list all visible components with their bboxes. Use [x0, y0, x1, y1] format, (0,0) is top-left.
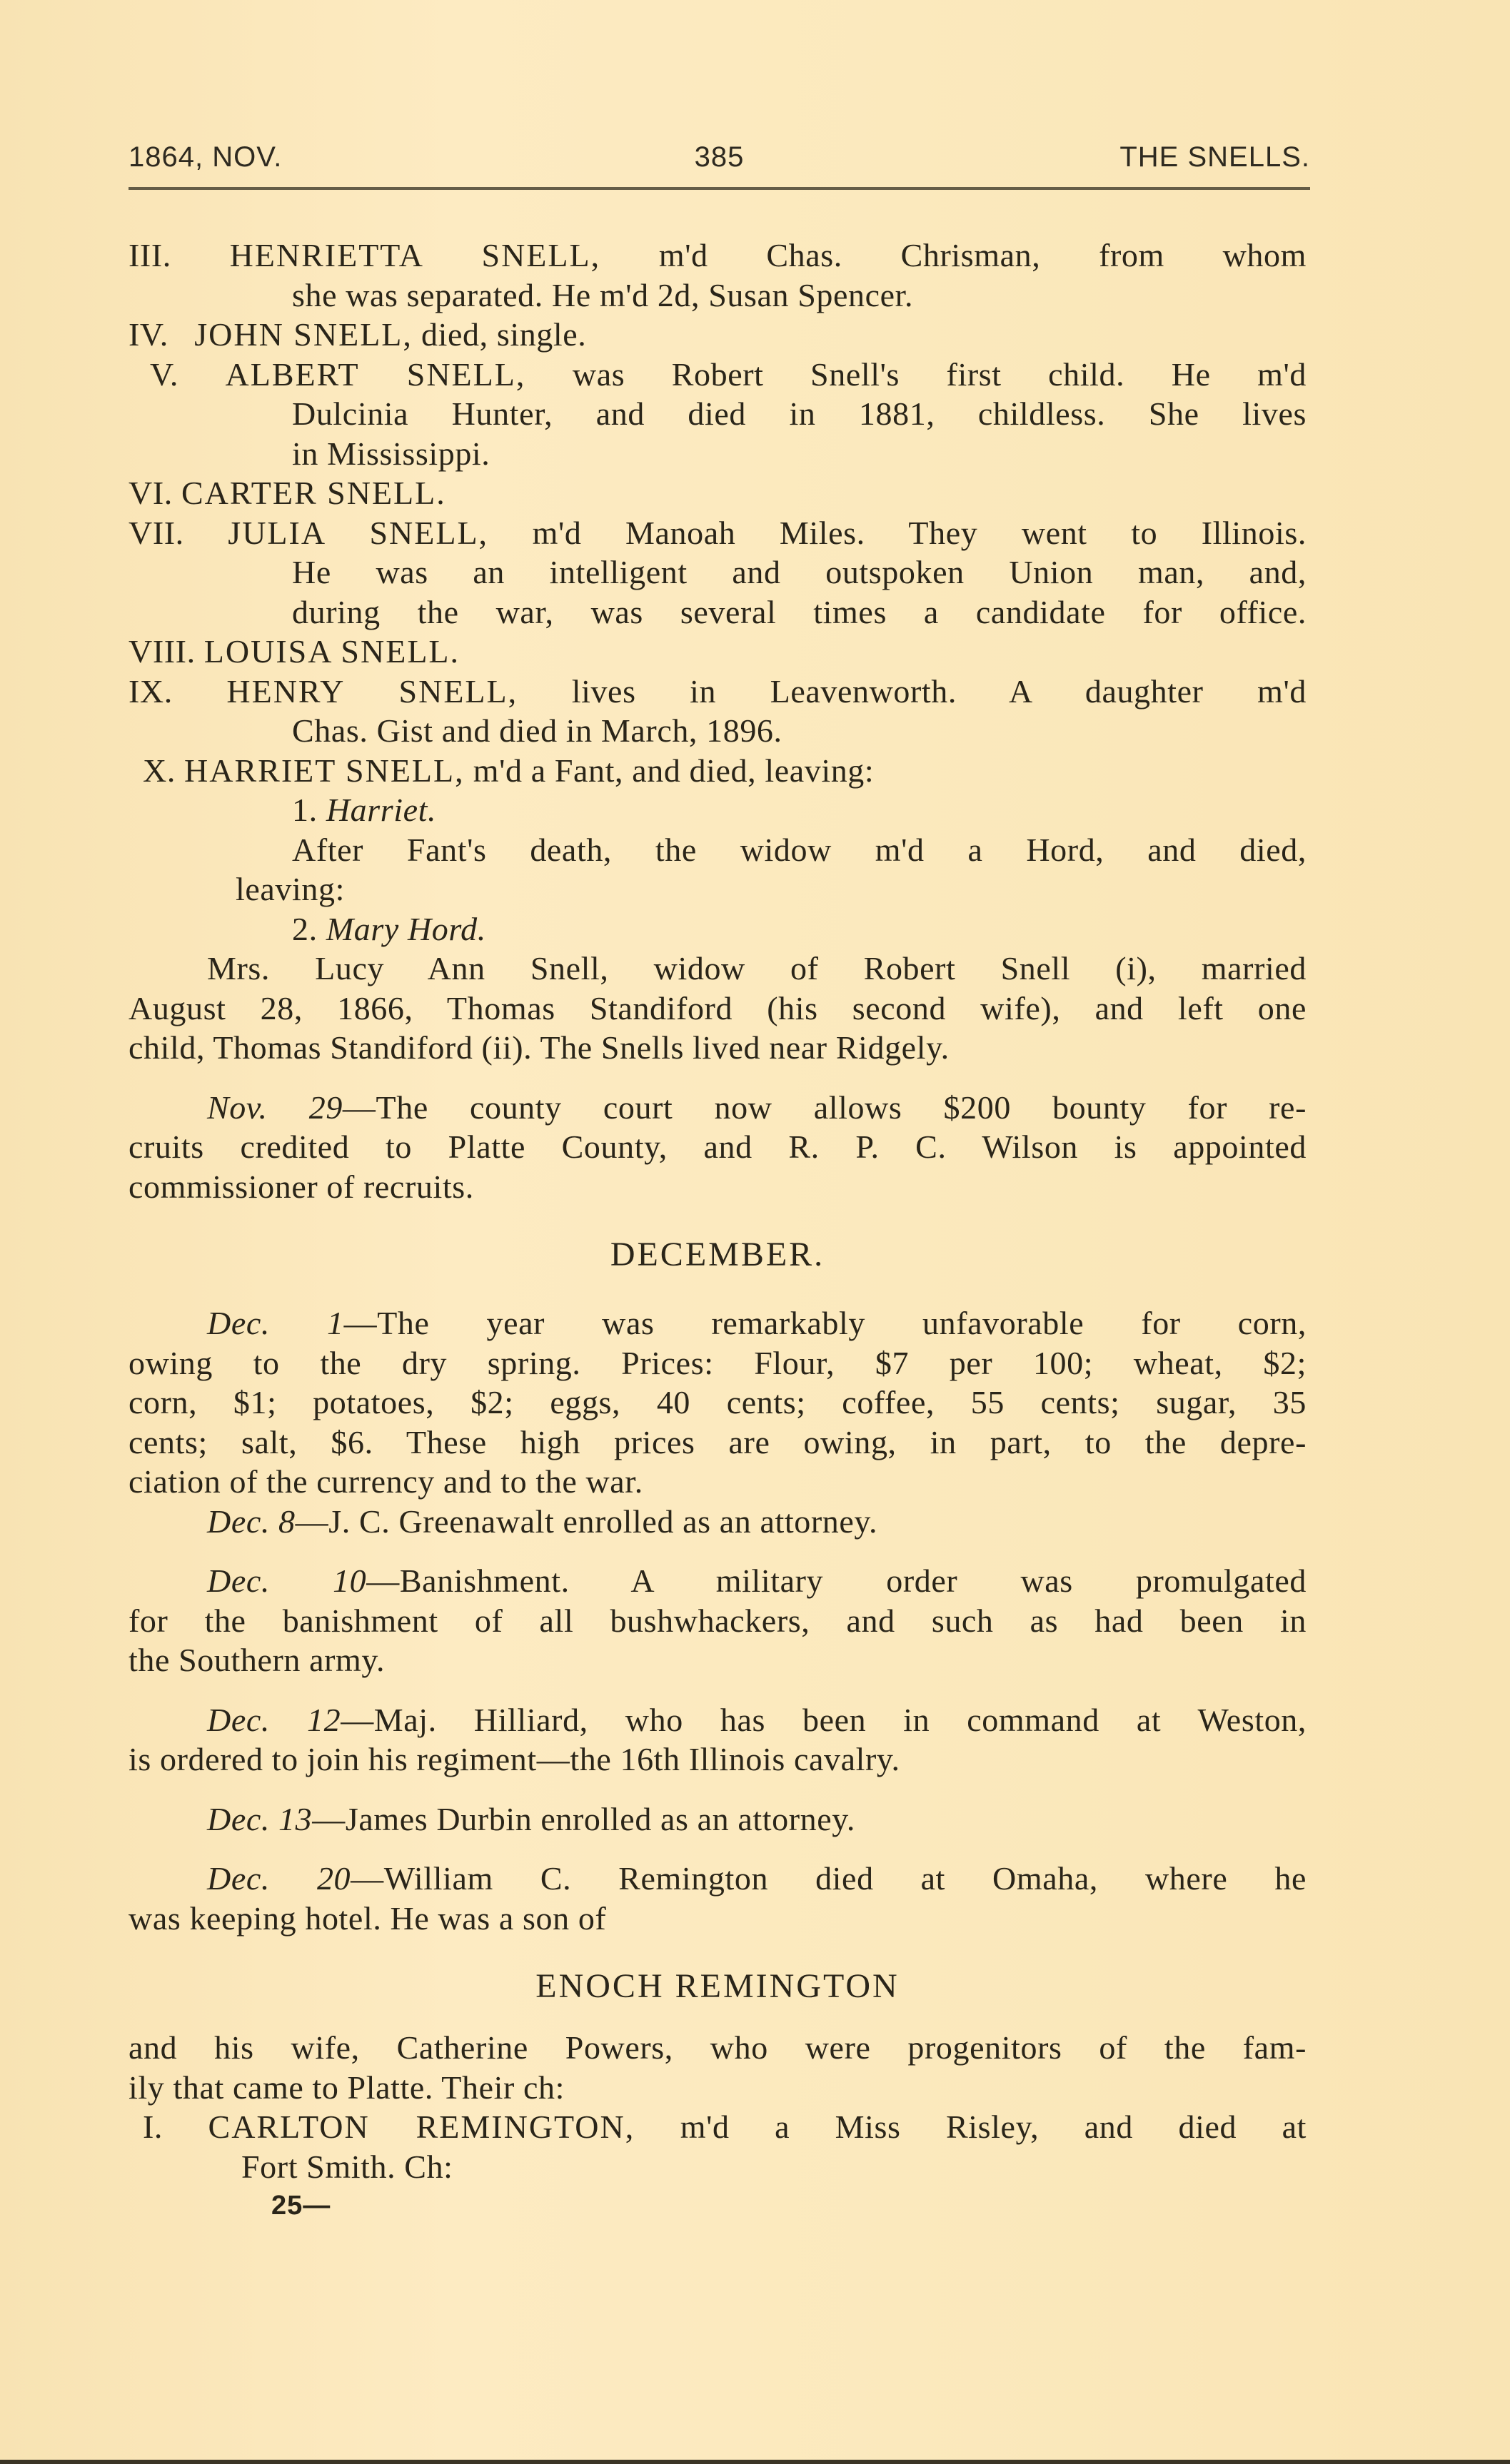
entry-text: —James Durbin enrolled as an attorney. [312, 1801, 855, 1837]
entry-number: I. [143, 2109, 163, 2145]
dec10-line-1: Dec. 10—Banishment. A military order was… [129, 1561, 1307, 1601]
lucy-paragraph-line-2: August 28, 1866, Thomas Standiford (his … [129, 989, 1307, 1029]
nov29-line-2: cruits credited to Platte County, and R.… [129, 1127, 1307, 1167]
enoch-paragraph-line-2: ily that came to Platte. Their ch: [129, 2068, 1307, 2108]
running-header: 1864, NOV. 385 THE SNELLS. [129, 141, 1310, 177]
entry-iii-line-2: she was separated. He m'd 2d, Susan Spen… [129, 276, 1307, 315]
dec13-line-1: Dec. 13—James Durbin enrolled as an atto… [129, 1799, 1307, 1839]
entry-text: m'd a Miss Risley, and died at [680, 2109, 1307, 2145]
entry-text: m'd a Fant, and died, leaving: [473, 752, 875, 789]
nov29-line-1: Nov. 29—The county court now allows $200… [129, 1088, 1307, 1128]
entry-v-line-3: in Mississippi. [129, 434, 1307, 474]
dec10-line-3: the Southern army. [129, 1640, 1307, 1680]
entry-v-line-1: V. ALBERT SNELL, was Robert Snell's firs… [129, 355, 1307, 395]
entry-number: VI. [129, 475, 173, 511]
entry-text: —J. C. Greenawalt enrolled as an attorne… [296, 1503, 877, 1540]
remington-entry-i-line-1: I. CARLTON REMINGTON, m'd a Miss Risley,… [129, 2107, 1307, 2147]
spacer [129, 1206, 1307, 1233]
entry-x-line-4: leaving: [129, 869, 1307, 909]
entry-x-child-1: 1. Harriet. [129, 790, 1307, 830]
child-name: Harriet. [326, 792, 436, 828]
entry-viii: VIII. LOUISA SNELL. [129, 632, 1307, 672]
section-heading-december: DECEMBER. [129, 1233, 1307, 1276]
lucy-paragraph-line-1: Mrs. Lucy Ann Snell, widow of Robert Sne… [129, 949, 1307, 989]
entry-text: —Banishment. A military order was promul… [366, 1562, 1307, 1599]
entry-name: JULIA SNELL, [228, 515, 488, 551]
entry-text: —The county court now allows $200 bounty… [343, 1089, 1307, 1126]
child-name: Mary Hord. [326, 911, 486, 947]
dec1-line-5: ciation of the currency and to the war. [129, 1462, 1307, 1502]
dec20-line-2: was keeping hotel. He was a son of [129, 1899, 1307, 1939]
section-heading-enoch-remington: ENOCH REMINGTON [129, 1965, 1307, 2008]
entry-name: HENRIETTA SNELL, [230, 237, 601, 273]
entry-name: CARLTON REMINGTON, [208, 2109, 635, 2145]
entry-name: HARRIET SNELL, [184, 752, 465, 789]
entry-date: Dec. 13 [207, 1801, 312, 1837]
dec12-line-1: Dec. 12—Maj. Hilliard, who has been in c… [129, 1700, 1307, 1740]
entry-ix-line-2: Chas. Gist and died in March, 1896. [129, 711, 1307, 751]
entry-vii-line-1: VII. JULIA SNELL, m'd Manoah Miles. They… [129, 513, 1307, 553]
entry-date: Nov. 29 [207, 1089, 343, 1126]
entry-vi: VI. CARTER SNELL. [129, 473, 1307, 513]
dec1-line-1: Dec. 1—The year was remarkably unfavorab… [129, 1303, 1307, 1343]
entry-number: IX. [129, 673, 173, 710]
dec12-line-2: is ordered to join his regiment—the 16th… [129, 1740, 1307, 1779]
entry-text: was Robert Snell's first child. He m'd [573, 356, 1307, 393]
entry-text: died, single. [421, 316, 586, 353]
spacer [129, 1276, 1307, 1303]
entry-x-line-3: After Fant's death, the widow m'd a Hord… [129, 830, 1307, 870]
entry-date: Dec. 12 [207, 1702, 341, 1738]
entry-vii-line-2: He was an intelligent and outspoken Unio… [129, 552, 1307, 592]
entry-name: CARTER SNELL. [181, 475, 446, 511]
child-number: 2. [292, 911, 318, 947]
entry-number: VIII. [129, 633, 196, 670]
entry-number: VII. [129, 515, 184, 551]
spacer [129, 1779, 1307, 1799]
spacer [129, 1068, 1307, 1088]
entry-x-child-2: 2. Mary Hord. [129, 909, 1307, 949]
entry-date: Dec. 1 [207, 1305, 344, 1341]
entry-text: m'd Chas. Chrisman, from whom [659, 237, 1307, 273]
dec1-line-3: corn, $1; potatoes, $2; eggs, 40 cents; … [129, 1383, 1307, 1423]
lucy-paragraph-line-3: child, Thomas Standiford (ii). The Snell… [129, 1028, 1307, 1068]
entry-v-line-2: Dulcinia Hunter, and died in 1881, child… [129, 394, 1307, 434]
entry-number: IV. [129, 316, 168, 353]
entry-name: LOUISA SNELL. [204, 633, 460, 670]
entry-text: —Maj. Hilliard, who has been in command … [341, 1702, 1307, 1738]
spacer [129, 1680, 1307, 1700]
enoch-paragraph-line-1: and his wife, Catherine Powers, who were… [129, 2028, 1307, 2068]
dec20-line-1: Dec. 20—William C. Remington died at Oma… [129, 1859, 1307, 1899]
entry-name: ALBERT SNELL, [226, 356, 526, 393]
signature-mark: 25— [129, 2186, 1307, 2226]
entry-number: III. [129, 237, 171, 273]
book-page: 1864, NOV. 385 THE SNELLS. III. HENRIETT… [0, 0, 1510, 2464]
entry-date: Dec. 20 [207, 1860, 351, 1897]
remington-entry-i-line-2: Fort Smith. Ch: [129, 2147, 1307, 2187]
entry-iii-line-1: III. HENRIETTA SNELL, m'd Chas. Chrisman… [129, 236, 1307, 276]
entry-ix-line-1: IX. HENRY SNELL, lives in Leavenworth. A… [129, 672, 1307, 712]
entry-date: Dec. 10 [207, 1562, 366, 1599]
spacer [129, 1938, 1307, 1965]
header-chapter-title: THE SNELLS. [1119, 141, 1310, 173]
page-body: III. HENRIETTA SNELL, m'd Chas. Chrisman… [129, 236, 1307, 2226]
entry-text: lives in Leavenworth. A daughter m'd [572, 673, 1307, 710]
entry-x-line-1: X. HARRIET SNELL, m'd a Fant, and died, … [129, 751, 1307, 791]
entry-text: m'd Manoah Miles. They went to Illinois. [533, 515, 1307, 551]
entry-name: JOHN SNELL, [194, 316, 413, 353]
dec10-line-2: for the banishment of all bushwhackers, … [129, 1601, 1307, 1641]
entry-number: V. [150, 356, 178, 393]
nov29-line-3: commissioner of recruits. [129, 1167, 1307, 1207]
entry-text: —William C. Remington died at Omaha, whe… [351, 1860, 1307, 1897]
dec1-line-2: owing to the dry spring. Prices: Flour, … [129, 1343, 1307, 1383]
spacer [129, 2008, 1307, 2028]
page-bottom-edge [0, 2460, 1510, 2464]
spacer [129, 1839, 1307, 1859]
dec8-line-1: Dec. 8—J. C. Greenawalt enrolled as an a… [129, 1502, 1307, 1542]
entry-iv: IV. JOHN SNELL, died, single. [129, 315, 1307, 355]
child-number: 1. [292, 792, 318, 828]
entry-text: —The year was remarkably unfavorable for… [344, 1305, 1307, 1341]
spacer [129, 1541, 1307, 1561]
dec1-line-4: cents; salt, $6. These high prices are o… [129, 1423, 1307, 1463]
entry-vii-line-3: during the war, was several times a cand… [129, 592, 1307, 632]
header-rule [129, 187, 1310, 190]
entry-date: Dec. 8 [207, 1503, 296, 1540]
entry-name: HENRY SNELL, [226, 673, 518, 710]
entry-number: X. [143, 752, 176, 789]
